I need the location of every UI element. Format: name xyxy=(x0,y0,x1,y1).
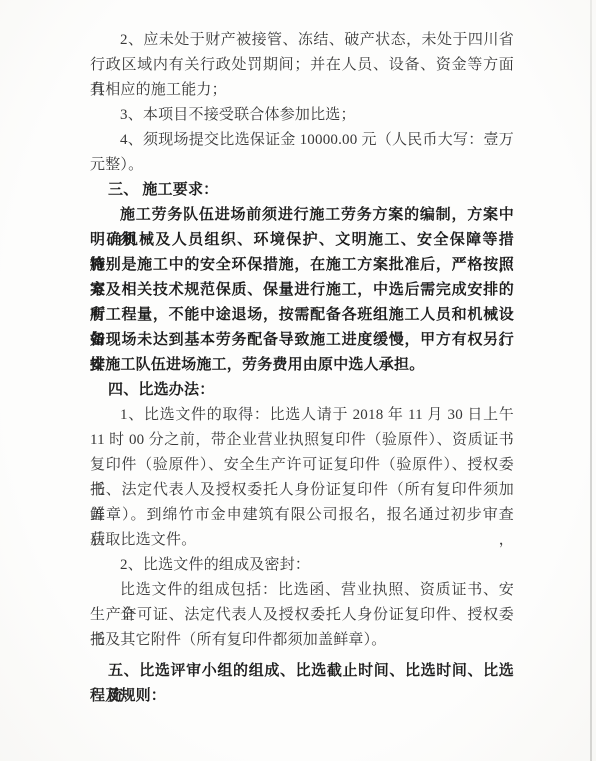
document-line: 复印件（验原件）、安全生产许可证复印件（验原件）、授权委托 xyxy=(90,453,514,478)
document-line: 11 时 00 分之前，带企业营业执照复印件（验原件）、资质证书 xyxy=(90,428,514,453)
document-line: 4、须现场提交比选保证金 10000.00 元（人民币大写：壹万 xyxy=(90,128,514,153)
document-line: 明确机械及人员组织、环境保护、文明施工、安全保障等措施， xyxy=(90,228,514,253)
document-line: 书、法定代表人及授权委托人身份证复印件（所有复印件须加盖 xyxy=(90,478,514,503)
document-line: 有工程量，不能中途退场，按需配备各班组施工人员和机械设备。 xyxy=(90,303,514,328)
document-line: 如现场未达到基本劳务配备导致施工进度缓慢，甲方有权另行安 xyxy=(90,328,514,353)
selection-doc-composition-title: 2、比选文件的组成及密封： xyxy=(90,553,514,578)
heading-construction-requirements: 三、 施工要求： xyxy=(90,178,514,203)
document-line: 五、比选评审小组的组成、比选截止时间、比选时间、比选流 xyxy=(90,659,514,684)
document-line: 书及其它附件（所有复印件都须加盖鲜章）。 xyxy=(90,628,514,653)
clause-bid-deposit: 4、须现场提交比选保证金 10000.00 元（人民币大写：壹万元整）。 xyxy=(90,128,514,178)
document-line: 2、应未处于财产被接管、冻结、破产状态，未处于四川省 xyxy=(90,28,514,53)
selection-doc-acquisition: 1、比选文件的取得：比选人请于 2018 年 11 月 30 日上午11 时 0… xyxy=(90,403,514,553)
document-line: 施工劳务队伍进场前须进行施工劳务方案的编制，方案中须 xyxy=(90,203,514,228)
document-line: 三、 施工要求： xyxy=(90,178,514,203)
document-line: 3、本项目不接受联合体参加比选； xyxy=(90,103,514,128)
document-line: 生产许可证、法定代表人及授权委托人身份证复印件、授权委托 xyxy=(90,603,514,628)
scanned-document-page: 2、应未处于财产被接管、冻结、破产状态，未处于四川省行政区域内有关行政处罚期间；… xyxy=(0,0,596,761)
document-line: 鲜章）。到绵竹市金申建筑有限公司报名，报名通过初步审查后， xyxy=(90,503,514,528)
clause-no-consortium: 3、本项目不接受联合体参加比选； xyxy=(90,103,514,128)
heading-review-panel-and-rules: 五、比选评审小组的组成、比选截止时间、比选时间、比选流程及规则： xyxy=(90,659,514,709)
document-line: 排施工队伍进场施工，劳务费用由原中选人承担。 xyxy=(90,353,514,378)
document-line: 四、比选办法： xyxy=(90,378,514,403)
construction-requirements-body: 施工劳务队伍进场前须进行施工劳务方案的编制，方案中须明确机械及人员组织、环境保护… xyxy=(90,203,514,378)
clause-financial-status: 2、应未处于财产被接管、冻结、破产状态，未处于四川省行政区域内有关行政处罚期间；… xyxy=(90,28,514,103)
document-line: 2、比选文件的组成及密封： xyxy=(90,553,514,578)
document-line: 程及规则： xyxy=(90,684,514,709)
document-line: 比选文件的组成包括：比选函、营业执照、资质证书、安全 xyxy=(90,578,514,603)
document-line: 案及相关技术规范保质、保量进行施工，中选后需完成安排的所 xyxy=(90,278,514,303)
selection-doc-composition-body: 比选文件的组成包括：比选函、营业执照、资质证书、安全生产许可证、法定代表人及授权… xyxy=(90,578,514,653)
document-line: 行政区域内有关行政处罚期间；并在人员、设备、资金等方面具 xyxy=(90,53,514,78)
document-line: 元整）。 xyxy=(90,153,514,178)
page-edge-shadow xyxy=(590,0,592,761)
document-line: 特别是施工中的安全环保措施，在施工方案批准后，严格按照方 xyxy=(90,253,514,278)
heading-selection-method: 四、比选办法： xyxy=(90,378,514,403)
document-line: 有相应的施工能力； xyxy=(90,78,514,103)
document-line: 1、比选文件的取得：比选人请于 2018 年 11 月 30 日上午 xyxy=(90,403,514,428)
document-body: 2、应未处于财产被接管、冻结、破产状态，未处于四川省行政区域内有关行政处罚期间；… xyxy=(90,28,514,709)
